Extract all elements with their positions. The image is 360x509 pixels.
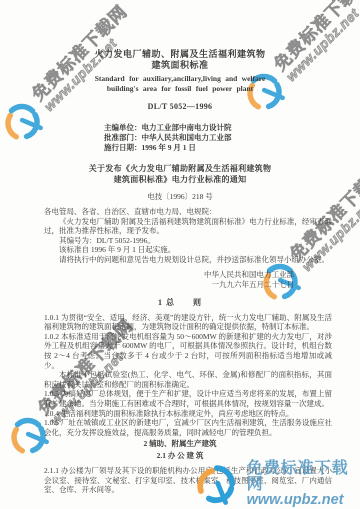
document-page: 免费标准下载网 www.upbz.net 免费标准下载网 www.upbz.ne… — [0, 0, 360, 509]
notice-paragraph: 《火力发电厂辅助 附属及生活福利建筑物建筑面积标准》电力行业标准，经审查通过，批… — [44, 217, 332, 236]
title-chinese-line1: 火力发电厂辅助、附属及生活福利建筑物 — [0, 49, 360, 60]
notice-paragraph: 其编号为：DL/T 5052-1996。 — [44, 236, 332, 246]
brand-text: 免费标准下载网 www.upbz.net — [247, 461, 360, 508]
notice-paragraph: 请将执行中的问题和意见告电力规划设计总院，并抄送部标准化领导小组办公室。 — [44, 255, 332, 265]
chapter1-heading: 1 总 则 — [0, 297, 360, 308]
title-english-line1: Standard for auxiliary,ancillary,living … — [0, 74, 360, 84]
chapter1-body: 1.0.1 为贯彻“安全、适用、经济、美观”的建设方针，统一火力发电厂辅助、附属… — [44, 313, 332, 438]
approval-department: 批准部门：中华人民共和国电力工业部 — [104, 133, 360, 143]
chapter2-heading: 2 辅助、附属生产建筑 — [0, 438, 360, 449]
signature-date: 一九九六年五月二十七日 — [0, 280, 294, 290]
effective-date: 施行日期：1996 年 9 月 1 日 — [104, 143, 360, 153]
editor-unit: 主编单位：电力工业部中南电力设计院 — [104, 123, 360, 133]
notice-doc-number: 电技〔1996〕218 号 — [0, 191, 360, 202]
standard-meta: 主编单位：电力工业部中南电力设计院 批准部门：中华人民共和国电力工业部 施行日期… — [104, 123, 360, 153]
title-chinese-line2: 建筑面积标准 — [0, 60, 360, 71]
brand-site-name: 免费标准下载网 — [247, 461, 360, 493]
notice-paragraph: 该标准自 1996 年 9 月 1 日起实施。 — [44, 245, 332, 255]
notice-body: 各电管局、各省、自治区、直辖市电力局、电规院： 《火力发电厂辅助 附属及生活福利… — [44, 207, 332, 265]
standard-header: 火力发电厂辅助、附属及生活福利建筑物 建筑面积标准 Standard for a… — [0, 0, 360, 111]
clause-1-0-5: 1.0.5 厂址在城镇或工业区的新建电厂，宜减少厂区内生活福利建筑，生活服务设施… — [44, 418, 332, 437]
notice-title-line2: 建筑面积标准》电力行业标准的通知 — [0, 175, 360, 186]
upbz-brand-footer: 免费标准下载网 www.upbz.net — [192, 461, 360, 508]
notice-title-line1: 关于发布《火力发电厂辅助附属及生活福利建筑物 — [0, 164, 360, 175]
clause-1-0-3: 1.0.3 为搞好电厂总体规划，便于生产和扩建，设计中应适当考虑将来的发展，布置… — [44, 389, 332, 408]
signature-block: 中华人民共和国电力工业部 一九九六年五月二十七日 — [0, 270, 360, 290]
title-english-line2: building's area for fossil fuel power pl… — [0, 84, 360, 94]
clause-1-0-2: 1.0.2 本标准适用于汽轮发电机组容量为 50～600MW 的新建和扩建的火力… — [44, 332, 332, 370]
standard-number: DL/T 5052—1996 — [0, 102, 360, 111]
upbz-logo-icon — [192, 462, 242, 506]
document-content: 火力发电厂辅助、附属及生活福利建筑物 建筑面积标准 Standard for a… — [0, 0, 360, 509]
signer-name: 中华人民共和国电力工业部 — [0, 270, 294, 280]
clause-note: 本标准不包括试验室(热工、化学、电气、环保、金属)和修配厂的面积指标，其面积应按… — [44, 370, 332, 389]
clause-1-0-4: 1.0.4 生活福利建筑的面积标准除执行本标准规定外，尚应考虑地区的特点。 — [44, 409, 332, 419]
clause-1-0-1: 1.0.1 为贯彻“安全、适用、经济、美观”的建设方针，统一火力发电厂辅助、附属… — [44, 313, 332, 332]
notice-salutation: 各电管局、各省、自治区、直辖市电力局、电规院： — [44, 207, 332, 217]
brand-site-url: www.upbz.net — [247, 493, 360, 508]
notice-title: 关于发布《火力发电厂辅助附属及生活福利建筑物 建筑面积标准》电力行业标准的通知 — [0, 164, 360, 185]
